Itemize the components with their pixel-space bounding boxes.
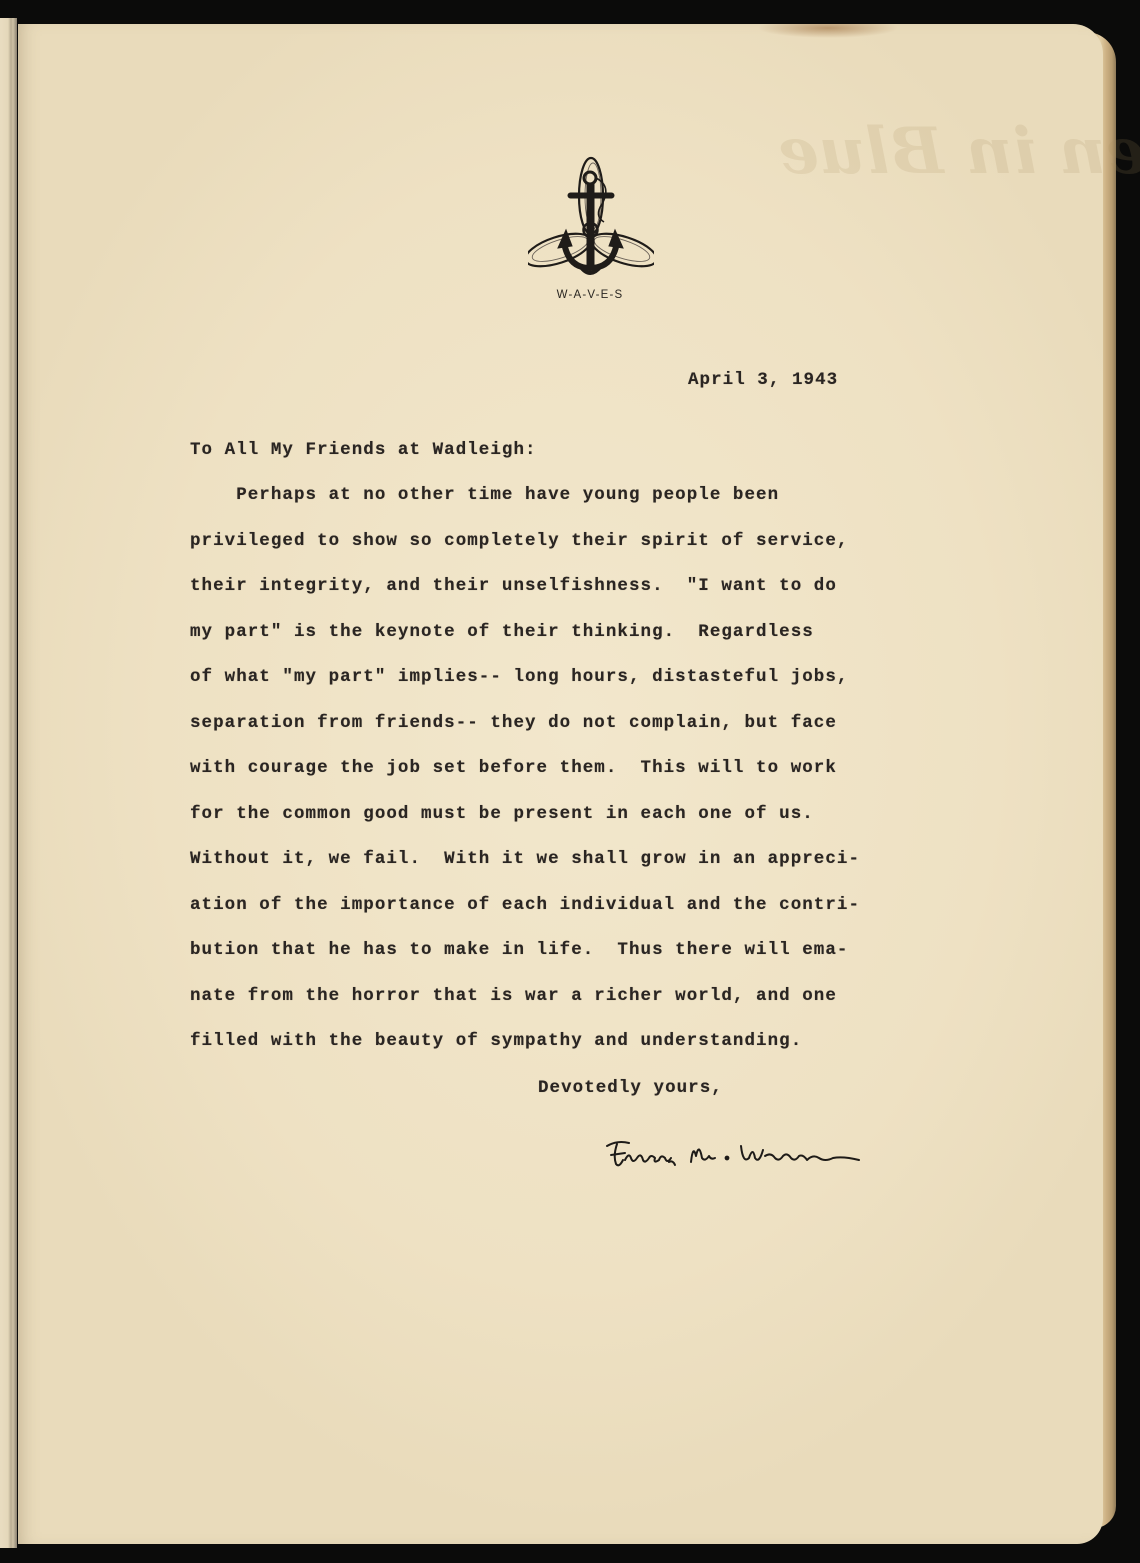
body-line: for the common good must be present in e… xyxy=(190,806,814,824)
body-line: ation of the importance of each individu… xyxy=(190,897,860,915)
letterhead-label: W-A-V-E-S xyxy=(520,289,660,301)
body-line: Without it, we fail. With it we shall gr… xyxy=(190,851,860,869)
adjacent-left-page-edge xyxy=(0,18,17,1548)
salutation: To All My Friends at Wadleigh: xyxy=(190,442,537,460)
handwritten-signature-icon xyxy=(603,1134,865,1174)
body-line: bution that he has to make in life. Thus… xyxy=(190,942,848,960)
body-line: filled with the beauty of sympathy and u… xyxy=(190,1033,802,1051)
body-line: separation from friends-- they do not co… xyxy=(190,715,837,733)
body-line: nate from the horror that is war a riche… xyxy=(190,988,837,1006)
bleed-through-title: Women in Blue xyxy=(778,114,1140,189)
body-line: their integrity, and their unselfishness… xyxy=(190,578,837,596)
body-line: with courage the job set before them. Th… xyxy=(190,760,837,778)
body-line: Perhaps at no other time have young peop… xyxy=(190,487,779,505)
anchor-propeller-emblem-icon xyxy=(528,156,654,278)
body-line: of what "my part" implies-- long hours, … xyxy=(190,669,848,687)
closing: Devotedly yours, xyxy=(538,1080,723,1098)
body-line: my part" is the keynote of their thinkin… xyxy=(190,624,814,642)
body-line: privileged to show so completely their s… xyxy=(190,533,848,551)
letter-date: April 3, 1943 xyxy=(688,372,838,390)
